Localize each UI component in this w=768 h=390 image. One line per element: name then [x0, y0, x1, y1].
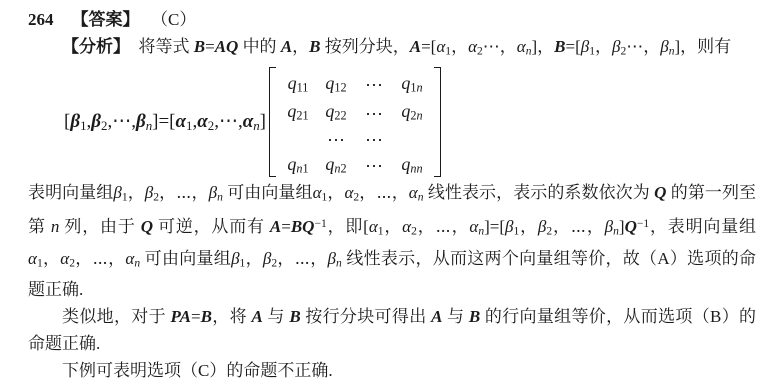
- matrix-cell: qnn: [393, 152, 431, 181]
- document-page: 264【答案】（C） 【分析】 将等式 B=AQ 中的 A，B 按列分块，A=[…: [0, 0, 768, 390]
- analysis-intro-paragraph: 【分析】 将等式 B=AQ 中的 A，B 按列分块，A=[α1，α2⋯，αn]，…: [28, 33, 756, 65]
- matrix-row: ⋯⋯: [279, 128, 431, 152]
- matrix-cell: q21: [279, 99, 317, 128]
- matrix-cell: qn2: [317, 152, 355, 181]
- matrix-cell: qn1: [279, 152, 317, 181]
- matrix-equation: [β1,β2,⋯,βn]=[α1,α2,⋯,αn] q11q12⋯q1nq21q…: [64, 65, 756, 179]
- answer-label: 【答案】: [72, 10, 140, 29]
- q-matrix: q11q12⋯q1nq21q22⋯q2n⋯⋯qn1qn2⋯qnn: [269, 67, 441, 177]
- equation-lhs: [β1,β2,⋯,βn]=[α1,α2,⋯,αn]: [64, 110, 266, 134]
- paragraph-option-b: 类似地，对于 PA=B，将 A 与 B 按行分块可得出 A 与 B 的行向量组等…: [28, 303, 756, 357]
- matrix-cell: ⋯: [355, 102, 393, 126]
- matrix-cell: ⋯: [355, 128, 393, 152]
- problem-number: 264: [28, 10, 54, 29]
- matrix-cell: q11: [279, 71, 317, 100]
- analysis-label: 【分析】: [62, 37, 122, 56]
- paragraph-option-a: 表明向量组β1，β2，⋯，βn 可由向量组α1，α2，⋯，αn 线性表示，表示的…: [28, 179, 756, 304]
- answer-value: （C）: [160, 10, 197, 29]
- matrix-cell: q2n: [393, 99, 431, 128]
- matrix-row: q21q22⋯q2n: [279, 99, 431, 128]
- matrix-cell: ⋯: [355, 73, 393, 97]
- matrix-cell: ⋯: [317, 128, 355, 152]
- matrix-row: q11q12⋯q1n: [279, 71, 431, 100]
- matrix-cell: q22: [317, 99, 355, 128]
- matrix-cell: q1n: [393, 71, 431, 100]
- analysis-intro-text: 将等式 B=AQ 中的 A，B 按列分块，A=[α1，α2⋯，αn]，B=[β1…: [122, 37, 732, 56]
- matrix-row: qn1qn2⋯qnn: [279, 152, 431, 181]
- paragraph-option-c: 下例可表明选项（C）的命题不正确.: [28, 357, 756, 384]
- matrix-cell: q12: [317, 71, 355, 100]
- answer-line: 264【答案】（C）: [28, 6, 756, 33]
- matrix-cell: ⋯: [355, 154, 393, 178]
